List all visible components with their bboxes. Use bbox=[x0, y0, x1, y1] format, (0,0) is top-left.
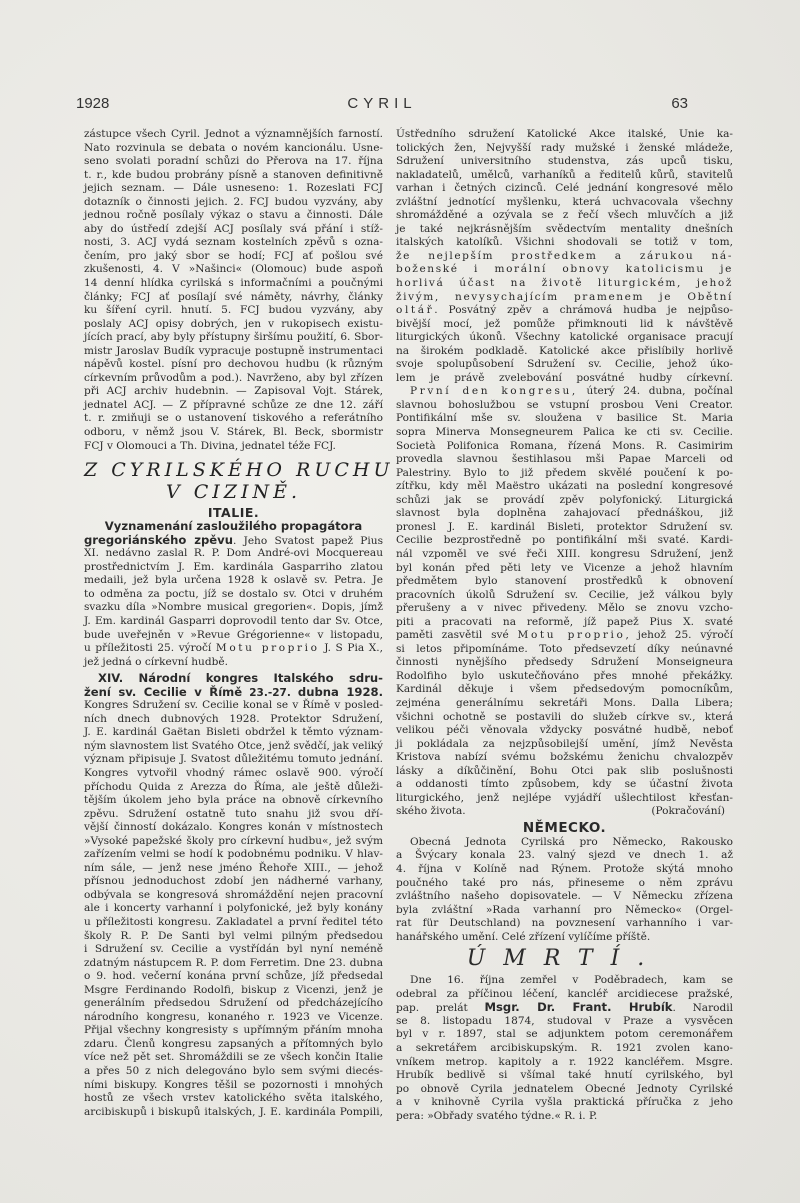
text-line: byl v r. 1897, stal se adjunktem potom c… bbox=[396, 1028, 733, 1042]
text-line: o 9. hod. večerní konána první schůze, j… bbox=[84, 970, 383, 984]
kongres-title-bold: žení sv. Cecilie v Římě bbox=[84, 685, 242, 699]
kongres-after: slavnou bohoslužbou se vstupní prosbou V… bbox=[396, 399, 733, 629]
text-line: i Sdružení sv. Cecilie a vystřídán byl n… bbox=[84, 943, 383, 957]
article-title-part2: gregoriánského zpěvu bbox=[84, 533, 233, 547]
text-line: to odměna za poctu, jíž se dostalo sv. O… bbox=[84, 588, 383, 602]
kongres-title-end: dubna 1928. bbox=[298, 685, 383, 699]
text-line: Msgre Ferdinando Rodolfi, biskup z Vicen… bbox=[84, 984, 383, 998]
text-line: t. r. zmiňuji se o ustanovení tiskového … bbox=[84, 412, 383, 426]
text-line: byl konán před pěti lety ve Vicenze a je… bbox=[396, 562, 733, 576]
motu-prefix: u příležitosti 25. výročí bbox=[84, 642, 216, 654]
text-line: Società Polifonica Romana, řízená Mons. … bbox=[396, 440, 733, 454]
text-line: je také nejkrásnějším svědectvím mentali… bbox=[396, 223, 733, 237]
text-line: Přijal všechny kongresisty s upřímným př… bbox=[84, 1024, 383, 1038]
text-line: přísnou jednoduchost zdobí jen nádherné … bbox=[84, 875, 383, 889]
left-column: zástupce všech Cyril. Jednot a významněj… bbox=[84, 128, 383, 1119]
text-line: ji pokládala za nejzpůsobilejší umění, j… bbox=[396, 738, 733, 752]
text-line: t. r., kde budou probrány písně a stanov… bbox=[84, 169, 383, 183]
text-line: piti a pracovati na reformě, jíž papež P… bbox=[396, 616, 733, 630]
text-line: zpěvu. Sdružení ostatně tuto snahu již s… bbox=[84, 808, 383, 822]
text-line: a v knihovně Cyrila vyšla praktická přír… bbox=[396, 1096, 733, 1110]
text-line: jednatel ACJ. — Z přípravné schůze ze dn… bbox=[84, 399, 383, 413]
text-line: Palestriny. Bylo to již předem skvělé po… bbox=[396, 467, 733, 481]
text-line: jednou ročně posílaly výkaz o stavu a či… bbox=[84, 209, 383, 223]
text-line: tolických žen, Nejvyšší rady mužské i že… bbox=[396, 142, 733, 156]
text-line: svazku díla »Nombre musical gregorien«. … bbox=[84, 601, 383, 615]
text-line: bude uveřejněn v »Revue Grégorienne« v l… bbox=[84, 629, 383, 643]
page-number: 63 bbox=[671, 95, 688, 112]
text-line: italských katolíků. Všichni shodovali se… bbox=[396, 236, 733, 250]
kongres-continued: Ústředního sdružení Katolické Akce itals… bbox=[396, 128, 733, 250]
text-line: boženské i morální obnovy katolicismu je bbox=[396, 263, 733, 277]
text-line: u příležitosti kongresu. Zakladatel a pr… bbox=[84, 916, 383, 930]
kongres-end: si letos připomínáme. Toto předsevzetí d… bbox=[396, 643, 733, 806]
text-line: po obnově Cyrila jednatelem Obecné Jedno… bbox=[396, 1083, 733, 1097]
last-line-text: ského života. bbox=[396, 805, 466, 817]
text-line: nál vzpoměl ve své řeči XIII. kongresu S… bbox=[396, 548, 733, 562]
text-line: více než pět set. Shromáždili se ze všec… bbox=[84, 1051, 383, 1065]
text-line: čením, pro jaký sbor se hodí; FCJ ať poš… bbox=[84, 250, 383, 264]
article-body: XI. nedávno zaslal R. P. Dom André-ovi M… bbox=[84, 547, 383, 642]
obituary-line2: odebral za příčinou léčení, kancléř arci… bbox=[396, 988, 733, 1002]
kongres-title-line1: XIV. Národní kongres Italského sdru- bbox=[84, 672, 383, 686]
text-line: liturgických úkonů. Všechny katolické or… bbox=[396, 331, 733, 345]
text-line: a oddanosti tímto způsobem, kdy se účast… bbox=[396, 778, 733, 792]
obituary-line1: Dne 16. října zemřel v Poděbradech, kam … bbox=[396, 974, 733, 988]
scanned-page: 1928 CYRIL 63 zástupce všech Cyril. Jedn… bbox=[0, 0, 800, 1203]
kongres-body: Kongres Sdružení sv. Cecilie konal se v … bbox=[84, 699, 383, 1119]
text-line: a přes 50 z nich delegováno bylo sem svý… bbox=[84, 1065, 383, 1079]
text-line: velikou péči věnovala vždycky posvátné h… bbox=[396, 724, 733, 738]
text-line: hanářského umění. Celé zřízení vylíčíme … bbox=[396, 931, 733, 945]
text-line: při ACJ archiv hudebnin. — Zapisoval Voj… bbox=[84, 385, 383, 399]
motu-spaced: Motu proprio bbox=[216, 642, 320, 654]
motu-proprio-line: u příležitosti 25. výročí Motu proprio J… bbox=[84, 642, 383, 656]
text-line: pracovních úkolů Sdružení sv. Cecilie, j… bbox=[396, 589, 733, 603]
text-line: zástupce všech Cyril. Jednot a významněj… bbox=[84, 128, 383, 142]
obituary-prefix: pap. prelát bbox=[396, 1002, 484, 1014]
oltar-rest: . Posvátný zpěv a chrámová hudba je nejp… bbox=[434, 304, 733, 316]
text-line: pronesl J. E. kardinál Bisleti, protekto… bbox=[396, 521, 733, 535]
kongres-title-line2: žení sv. Cecilie v Římě 23.-27. dubna 19… bbox=[84, 686, 383, 700]
text-line: 4. října v Kolíně nad Rýnem. Protože ský… bbox=[396, 863, 733, 877]
text-line: bivější mocí, jež pomůže přimknouti lid … bbox=[396, 318, 733, 332]
text-line: arcibiskupů i biskupů italských, J. E. k… bbox=[84, 1106, 383, 1120]
text-line: provedla slavnou šestihlasou mši Papae M… bbox=[396, 453, 733, 467]
first-day-rest: úterý 24. dubna, počínal bbox=[578, 385, 733, 397]
text-line: jejich seznam. — Dále usneseno: 1. Rozes… bbox=[84, 182, 383, 196]
continued-line: ského života. (Pokračování) bbox=[396, 805, 733, 819]
article-last-line: jež jedná o církevní hudbě. bbox=[84, 656, 383, 670]
oltar-spaced: oltář bbox=[396, 304, 434, 316]
obituary-line3: pap. prelát Msgr. Dr. Frant. Hrubík. Nar… bbox=[396, 1001, 733, 1015]
spaced-emphasis: že nejlepším prostředkem a zárukou ná-bo… bbox=[396, 250, 733, 304]
text-line: hostů ze všech vrstev katolického světa … bbox=[84, 1092, 383, 1106]
text-line: články; FCJ ať posílají své náměty, návr… bbox=[84, 291, 383, 305]
article-title-part1: Vyznamenání zasloužilého propagátora bbox=[105, 519, 362, 533]
text-line: aby do ústředí zdejší ACJ posílaly svá p… bbox=[84, 223, 383, 237]
text-line: živým, nevysychajícím pramenem je Obětní bbox=[396, 291, 733, 305]
article-first-line: gregoriánského zpěvu. Jeho Svatost papež… bbox=[84, 534, 383, 548]
text-line: odboru, v němž jsou V. Stárek, Bl. Beck,… bbox=[84, 426, 383, 440]
obituary-last-line: pera: »Obřady svatého týdne.« R. i. P. bbox=[396, 1110, 733, 1124]
text-line: jících prací, aby byly přístupny širšímu… bbox=[84, 331, 383, 345]
text-line: si letos připomínáme. Toto předsevzetí d… bbox=[396, 643, 733, 657]
text-line: ním sále, — jenž nese jméno Řehoře XIII.… bbox=[84, 862, 383, 876]
text-line: Pontifikální mše sv. sloužena v basilice… bbox=[396, 412, 733, 426]
text-line: generálním předsedou Sdružení od předchá… bbox=[84, 997, 383, 1011]
text-line: zítřku, kdy měl Maëstro ukázati na posle… bbox=[396, 480, 733, 494]
text-line: tějším úkolem jeho byla práce na obnově … bbox=[84, 794, 383, 808]
text-line: ními biskupy. Kongres těšil se pozornost… bbox=[84, 1079, 383, 1093]
text-line: XI. nedávno zaslal R. P. Dom André-ovi M… bbox=[84, 547, 383, 561]
text-line: J. Em. kardinál Gasparri doprovodil tent… bbox=[84, 615, 383, 629]
text-line: Obecná Jednota Cyrilská pro Německo, Rak… bbox=[396, 836, 733, 850]
header-title: CYRIL bbox=[76, 95, 688, 112]
germany-paragraph: Obecná Jednota Cyrilská pro Německo, Rak… bbox=[396, 836, 733, 944]
text-line: schůzi jak se provádí zpěv polyfonický. … bbox=[396, 494, 733, 508]
text-line: horlivá účast na životě liturgickém, jeh… bbox=[396, 277, 733, 291]
text-line: nakladatelů, umělců, varhaníků a ředitel… bbox=[396, 169, 733, 183]
text-line: vníkem metrop. kapitoly a r. 1922 kanclé… bbox=[396, 1056, 733, 1070]
right-column: Ústředního sdružení Katolické Akce itals… bbox=[396, 128, 733, 1123]
text-line: že nejlepším prostředkem a zárukou ná- bbox=[396, 250, 733, 264]
text-line: lásky a díkůčinění, Bohu Otci pak slib p… bbox=[396, 765, 733, 779]
text-line: ních dnech dubnových 1928. Protektor Sdr… bbox=[84, 713, 383, 727]
obituary-heading: ÚMRTÍ. bbox=[396, 946, 733, 972]
text-line: všichni ochotně se postavili do služeb c… bbox=[396, 711, 733, 725]
continued-label: (Pokračování) bbox=[651, 805, 725, 819]
text-line: ným slavnostem list Svatého Otce, jenž s… bbox=[84, 740, 383, 754]
text-line: sopra Minerva Monsegneurem Palica ke cti… bbox=[396, 426, 733, 440]
text-line: dotazník o činnosti jejich. 2. FCJ budou… bbox=[84, 196, 383, 210]
text-line: odbývala se kongresová shromáždění nejen… bbox=[84, 889, 383, 903]
text-line: slavnou bohoslužbou se vstupní prosbou V… bbox=[396, 399, 733, 413]
article-title: Vyznamenání zasloužilého propagátora bbox=[84, 520, 383, 534]
text-line: příchodu Quida z Arezza do Říma, ale ješ… bbox=[84, 781, 383, 795]
text-line: církevním průvodům a pod.). Navrženo, ab… bbox=[84, 372, 383, 386]
obituary-name: Msgr. Dr. Frant. Hrubík bbox=[484, 1000, 672, 1014]
first-day-spaced: První den kongresu, bbox=[410, 385, 578, 397]
text-line: ku šíření cyril. hnutí. 5. FCJ budou vyz… bbox=[84, 304, 383, 318]
motu-suffix: J. S Pia X., bbox=[320, 642, 383, 654]
text-line: Hrubík bedlivě si všímal také hnutí cyri… bbox=[396, 1069, 733, 1083]
text-line: se 8. listopadu 1874, studoval v Praze a… bbox=[396, 1015, 733, 1029]
text-line: ale i koncerty varhanní i polyfonické, j… bbox=[84, 902, 383, 916]
text-line: Ústředního sdružení Katolické Akce itals… bbox=[396, 128, 733, 142]
text-line: Kongres vytvořil vhodný rámec oslavě 900… bbox=[84, 767, 383, 781]
text-line: zdatným nástupcem R. P. dom Ferretim. Dn… bbox=[84, 957, 383, 971]
text-line: význam připisuje J. Svatost důležitému t… bbox=[84, 753, 383, 767]
text-line: »Vysoké papežské školy pro církevní hudb… bbox=[84, 835, 383, 849]
text-line: a sekretářem arcibiskupským. R. 1921 zvo… bbox=[396, 1042, 733, 1056]
motu-prefix-right: paměti zasvětil své bbox=[396, 629, 518, 641]
article-kongres: XIV. Národní kongres Italského sdru- žen… bbox=[84, 672, 383, 1119]
text-line: zvláštní jednotící myšlenku, která uchva… bbox=[396, 196, 733, 210]
text-line: byla zvláštní »Rada varhanní pro Německo… bbox=[396, 904, 733, 918]
motu-suffix-right: , jehož 25. výročí bbox=[625, 629, 733, 641]
text-line: rat für Deutschland) na povznesení varha… bbox=[396, 917, 733, 931]
section-heading-line2: V CIZINĚ. bbox=[84, 481, 383, 503]
text-line: nosti, 3. ACJ vydá seznam kostelních zpě… bbox=[84, 236, 383, 250]
text-line: Kongres Sdružení sv. Cecilie konal se v … bbox=[84, 699, 383, 713]
kongres-title-dates: 23.-27. bbox=[242, 687, 298, 699]
text-line: Cecilie bezprostředně po pontifikální mš… bbox=[396, 534, 733, 548]
text-line: medaili, jež byla určena 1928 k oslavě s… bbox=[84, 574, 383, 588]
kongres-middle: bivější mocí, jež pomůže přimknouti lid … bbox=[396, 318, 733, 386]
text-line: varhan i četných cizinců. Celé jednání k… bbox=[396, 182, 733, 196]
text-line: vější činností dokázalo. Kongres konán v… bbox=[84, 821, 383, 835]
text-line: zkušenosti, 4. V »Našinci« (Olomouc) bud… bbox=[84, 263, 383, 277]
text-line: zdaru. Členů kongresu zapsaných a přítom… bbox=[84, 1038, 383, 1052]
text-line: školy R. P. De Santi byl velmi pilným př… bbox=[84, 930, 383, 944]
obituary-paragraph: Dne 16. října zemřel v Poděbradech, kam … bbox=[396, 974, 733, 1123]
text-line: seno svolati poradní schůzi do Přerova n… bbox=[84, 155, 383, 169]
text-line: shromážděné a ozývala se z řečí všech ml… bbox=[396, 209, 733, 223]
text-line: slavnost byla doplněna zahajovací předná… bbox=[396, 507, 733, 521]
text-line: prostřednictvím J. Em. kardinála Gasparr… bbox=[84, 561, 383, 575]
text-line: Nato rozvinula se debata o novém kancion… bbox=[84, 142, 383, 156]
section-heading-line1: Z CYRILSKÉHO RUCHU bbox=[84, 459, 383, 481]
text-line: liturgického, jenž nejlépe vyjádří ušlec… bbox=[396, 792, 733, 806]
text-line: svoje spolupůsobení Sdružení sv. Cecilie… bbox=[396, 358, 733, 372]
text-line: poslaly ACJ opisy dobrých, jen v rukopis… bbox=[84, 318, 383, 332]
text-line: národního kongresu, konaného r. 1923 ve … bbox=[84, 1011, 383, 1025]
text-line: lem je právě zvelebování posvátné hudby … bbox=[396, 372, 733, 386]
text-line: poučného také pro nás, přineseme o něm z… bbox=[396, 877, 733, 891]
text-line: Kardinál děkuje i všem předsedovým pomoc… bbox=[396, 683, 733, 697]
first-day-line: První den kongresu, úterý 24. dubna, poč… bbox=[396, 385, 733, 399]
article-first-line-rest: . Jeho Svatost papež Pius bbox=[233, 535, 383, 547]
text-line: zvláštního našeho dopisovatele. — V Něme… bbox=[396, 890, 733, 904]
text-line: na širokém podkladě. Katolické akce přis… bbox=[396, 345, 733, 359]
country-heading-italie: ITALIE. bbox=[84, 505, 383, 520]
text-line: a Švýcary konala 23. valný sjezd ve dnec… bbox=[396, 849, 733, 863]
text-line: Sdružení universitního studenstva, zás u… bbox=[396, 155, 733, 169]
text-line: Kristova nabízí svému božskému ženichu c… bbox=[396, 751, 733, 765]
text-line: 14 denní hlídka cyrilská s informačními … bbox=[84, 277, 383, 291]
text-line: nápěvů kostel. písní pro dechovou hudbu … bbox=[84, 358, 383, 372]
article-vyznamenani: Vyznamenání zasloužilého propagátora gre… bbox=[84, 520, 383, 669]
intro-paragraph: zástupce všech Cyril. Jednot a významněj… bbox=[84, 128, 383, 453]
oltar-line: oltář. Posvátný zpěv a chrámová hudba je… bbox=[396, 304, 733, 318]
obituary-body: se 8. listopadu 1874, studoval v Praze a… bbox=[396, 1015, 733, 1110]
text-line: FCJ v Olomouci a Th. Divina, jednatel té… bbox=[84, 440, 383, 454]
country-heading-nemecko: NĚMECKO. bbox=[396, 821, 733, 836]
text-line: činnosti nynějšího předsedy Sdružení Mon… bbox=[396, 656, 733, 670]
text-line: předmětem bylo stanovení prostředků k ob… bbox=[396, 575, 733, 589]
text-line: Rodolfiho bylo uskutečňováno přes mnohé … bbox=[396, 670, 733, 684]
section-heading: Z CYRILSKÉHO RUCHU V CIZINĚ. bbox=[84, 459, 383, 503]
text-line: J. E. kardinál Gaëtan Bisleti obdržel k … bbox=[84, 726, 383, 740]
obituary-suffix: . Narodil bbox=[673, 1002, 733, 1014]
text-line: zařízením velmi se hodí k podobnému podn… bbox=[84, 848, 383, 862]
running-header: 1928 CYRIL 63 bbox=[76, 95, 688, 115]
text-line: přerušeny a v nivec přivedeny. Mělo se z… bbox=[396, 602, 733, 616]
motu-spaced-right: Motu proprio bbox=[518, 629, 626, 641]
motu-proprio-line-right: paměti zasvětil své Motu proprio, jehož … bbox=[396, 629, 733, 643]
text-line: mistr Jaroslav Budík vypracuje postupně … bbox=[84, 345, 383, 359]
text-line: zejména generálnímu sekretáři Mons. Dall… bbox=[396, 697, 733, 711]
